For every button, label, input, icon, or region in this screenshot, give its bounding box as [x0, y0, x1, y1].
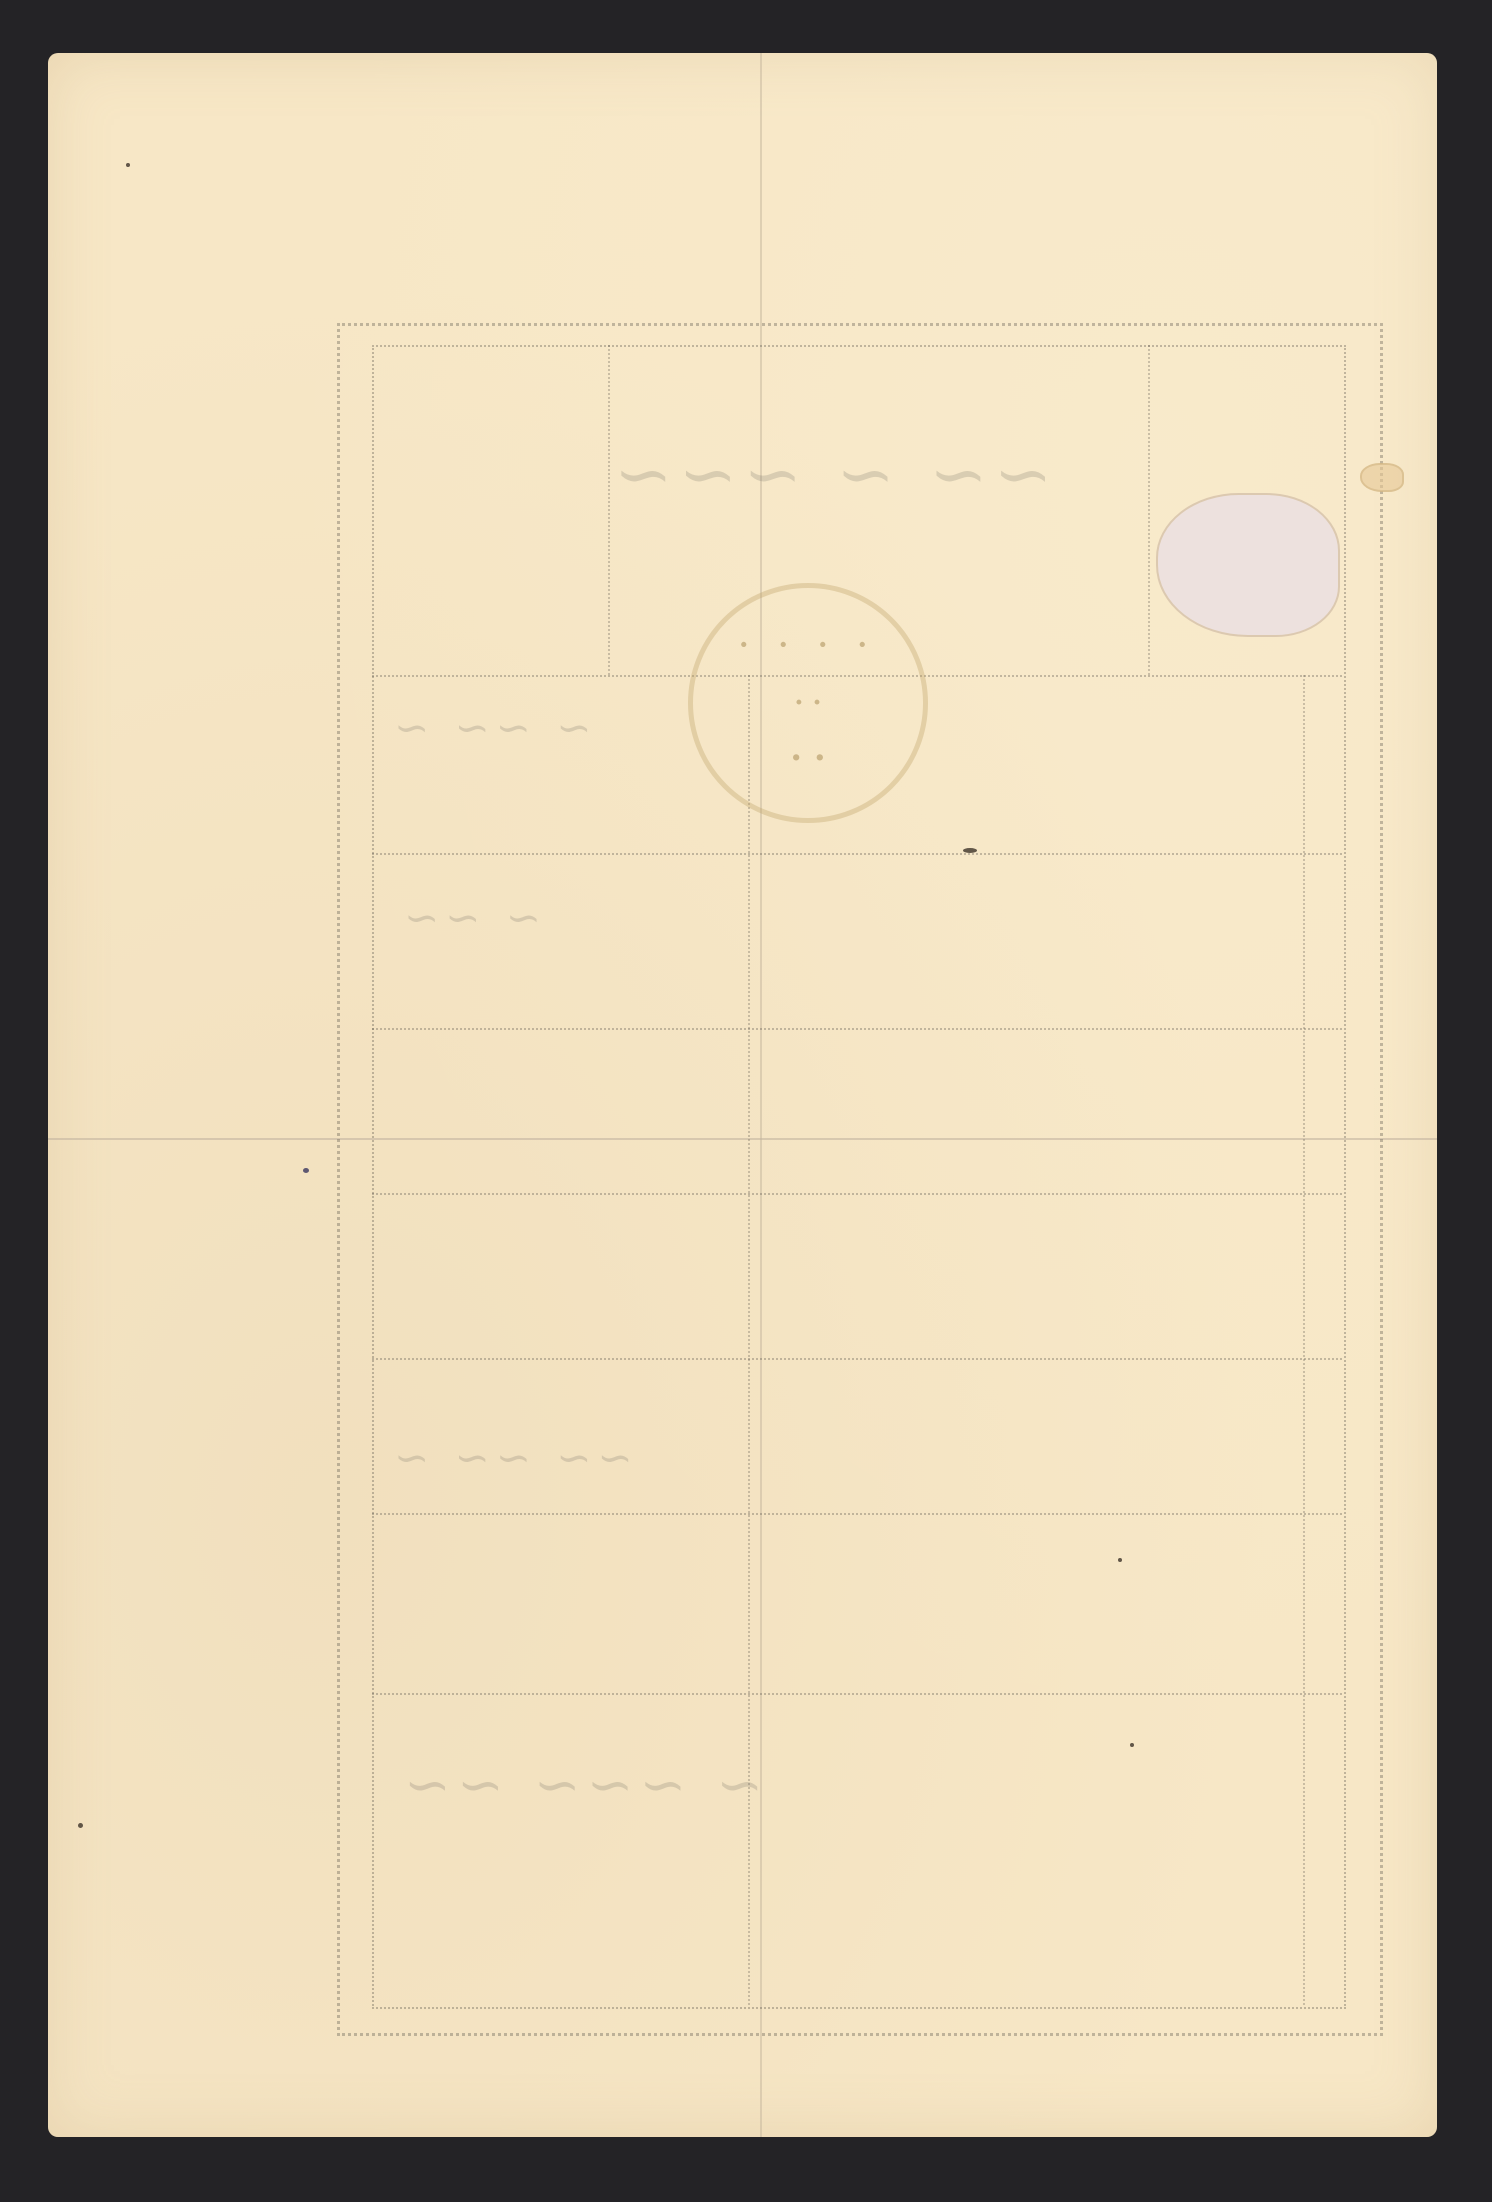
form-row-line: [372, 1193, 1342, 1195]
ink-spot: [963, 848, 977, 853]
form-row-line: [372, 1693, 1342, 1695]
form-row-line: [372, 1028, 1342, 1030]
postmark-top-text: · · · ·: [693, 628, 923, 661]
ink-spot: [1130, 1743, 1134, 1747]
bleed-through-script: ~ ~~: [398, 893, 541, 942]
document-paper: ~~ ~ ~~~ ~ ~~ ~ ~ ~~ ~~ ~~ ~ ~ ~~~ ~~ · …: [48, 53, 1437, 2137]
ink-spot: [78, 1823, 83, 1828]
ink-spot: [1118, 1558, 1122, 1562]
header-box-divider-right: [1148, 345, 1150, 675]
ink-spot: [126, 163, 130, 167]
form-row-line: [372, 1513, 1342, 1515]
postmark-center-text: · ·: [693, 688, 923, 718]
form-column-line: [1303, 675, 1305, 2005]
bleed-through-script: ~ ~~ ~: [388, 703, 591, 752]
form-row-line: [372, 853, 1342, 855]
postmark-bottom-text: · ·: [693, 738, 923, 778]
bleed-through-script: ~~ ~ ~~~: [608, 433, 1052, 515]
ink-spot: [303, 1168, 309, 1173]
bleed-through-script: ~ ~~~ ~~: [398, 1753, 763, 1818]
postmark-stamp: · · · · · · · ·: [688, 583, 928, 823]
form-row-line: [372, 1358, 1342, 1360]
small-stain: [1360, 463, 1404, 492]
bleed-through-script: ~~ ~~ ~: [388, 1433, 633, 1482]
paper-residue-stain: [1156, 493, 1340, 637]
